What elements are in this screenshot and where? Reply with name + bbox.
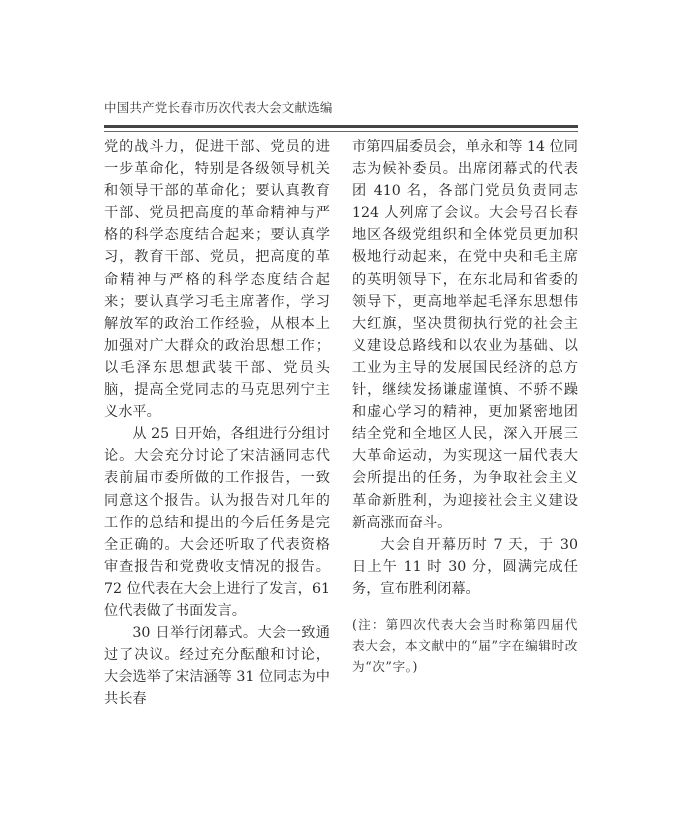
paragraph-closing-ceremony: 30 日举行闭幕式。大会一致通过了决议。经过充分酝酿和讨论，大会选举了宋洁涵等 … (104, 622, 330, 710)
header-rule-thin (104, 131, 578, 132)
paragraph-group-discussion: 从 25 日开始，各组进行分组讨论。大会充分讨论了宋洁涵同志代表前届市委所做的工… (104, 423, 330, 622)
paragraph-conclusion: 大会自开幕历时 7 天，于 30 日上午 11 时 30 分，圆满完成任务，宣布… (352, 534, 578, 600)
editor-note: (注：第四次代表大会当时称第四届代表大会，本文献中的“届”字在编辑时改为“次”字… (352, 614, 578, 677)
right-column: 市第四届委员会，单永和等 14 位同志为候补委员。出席闭幕式的代表团 410 名… (352, 136, 578, 677)
page-header: 中国共产党长春市历次代表大会文献选编 (104, 100, 578, 116)
paragraph-continued: 党的战斗力，促进干部、党员的进一步革命化，特别是各级领导机关和领导干部的革命化；… (104, 136, 330, 423)
left-column: 党的战斗力，促进干部、党员的进一步革命化，特别是各级领导机关和领导干部的革命化；… (104, 136, 330, 710)
paragraph-committee-election: 市第四届委员会，单永和等 14 位同志为候补委员。出席闭幕式的代表团 410 名… (352, 136, 578, 534)
header-rule-thick (104, 125, 578, 128)
running-title: 中国共产党长春市历次代表大会文献选编 (104, 100, 578, 116)
